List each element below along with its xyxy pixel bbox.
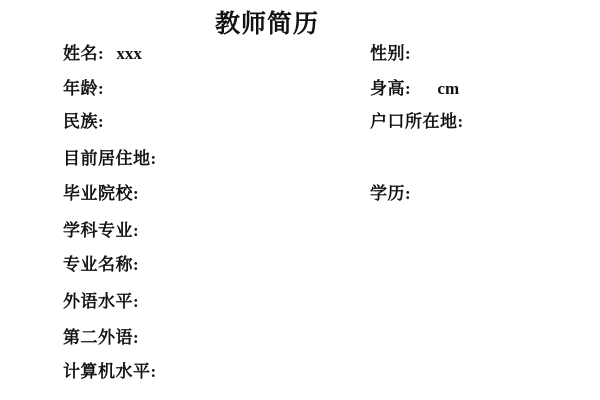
- field-major-name: 专业名称:: [63, 255, 147, 275]
- field-row-ethnicity-household: 民族: 户口所在地:: [63, 112, 583, 132]
- field-household-location-label: 户口所在地:: [370, 112, 464, 131]
- field-education-level: 学历:: [370, 184, 419, 204]
- field-graduation-school: 毕业院校:: [63, 184, 147, 204]
- field-row-subject-major: 学科专业:: [63, 221, 583, 241]
- field-row-foreign-language: 外语水平:: [63, 292, 583, 312]
- field-ethnicity-label: 民族:: [63, 112, 104, 131]
- field-row-school-education: 毕业院校: 学历:: [63, 184, 583, 204]
- field-subject-major-label: 学科专业:: [63, 221, 139, 240]
- field-foreign-language-level: 外语水平:: [63, 292, 147, 312]
- field-ethnicity: 民族:: [63, 112, 112, 132]
- field-row-name-gender: 姓名: xxx 性别:: [63, 44, 583, 64]
- field-second-foreign-language-label: 第二外语:: [63, 328, 139, 347]
- field-foreign-language-level-label: 外语水平:: [63, 292, 139, 311]
- field-row-second-foreign-language: 第二外语:: [63, 328, 583, 348]
- field-height-label: 身高:: [370, 79, 411, 98]
- page-title: 教师简历: [63, 4, 471, 40]
- field-height-unit: cm: [437, 79, 459, 98]
- field-household-location: 户口所在地:: [370, 112, 472, 132]
- field-name-value: xxx: [116, 44, 142, 63]
- field-age: 年龄:: [63, 79, 112, 99]
- field-row-age-height: 年龄: 身高: cm: [63, 79, 583, 99]
- field-name-label: 姓名:: [63, 44, 104, 63]
- field-height: 身高: cm: [370, 79, 459, 99]
- field-row-major-name: 专业名称:: [63, 255, 583, 275]
- field-age-label: 年龄:: [63, 79, 104, 98]
- field-gender-label: 性别:: [370, 44, 411, 63]
- field-gender: 性别:: [370, 44, 419, 64]
- field-computer-level: 计算机水平:: [63, 362, 165, 382]
- field-row-computer-level: 计算机水平:: [63, 362, 583, 382]
- field-graduation-school-label: 毕业院校:: [63, 184, 139, 203]
- field-education-level-label: 学历:: [370, 184, 411, 203]
- field-row-current-residence: 目前居住地:: [63, 149, 583, 169]
- field-second-foreign-language: 第二外语:: [63, 328, 147, 348]
- field-computer-level-label: 计算机水平:: [63, 362, 157, 381]
- field-subject-major: 学科专业:: [63, 221, 147, 241]
- field-current-residence: 目前居住地:: [63, 149, 165, 169]
- teacher-resume-document: 教师简历 姓名: xxx 性别: 年龄: 身高: cm 民族: 户口所在地:: [0, 0, 600, 400]
- field-major-name-label: 专业名称:: [63, 255, 139, 274]
- field-current-residence-label: 目前居住地:: [63, 149, 157, 168]
- field-name: 姓名: xxx: [63, 44, 142, 64]
